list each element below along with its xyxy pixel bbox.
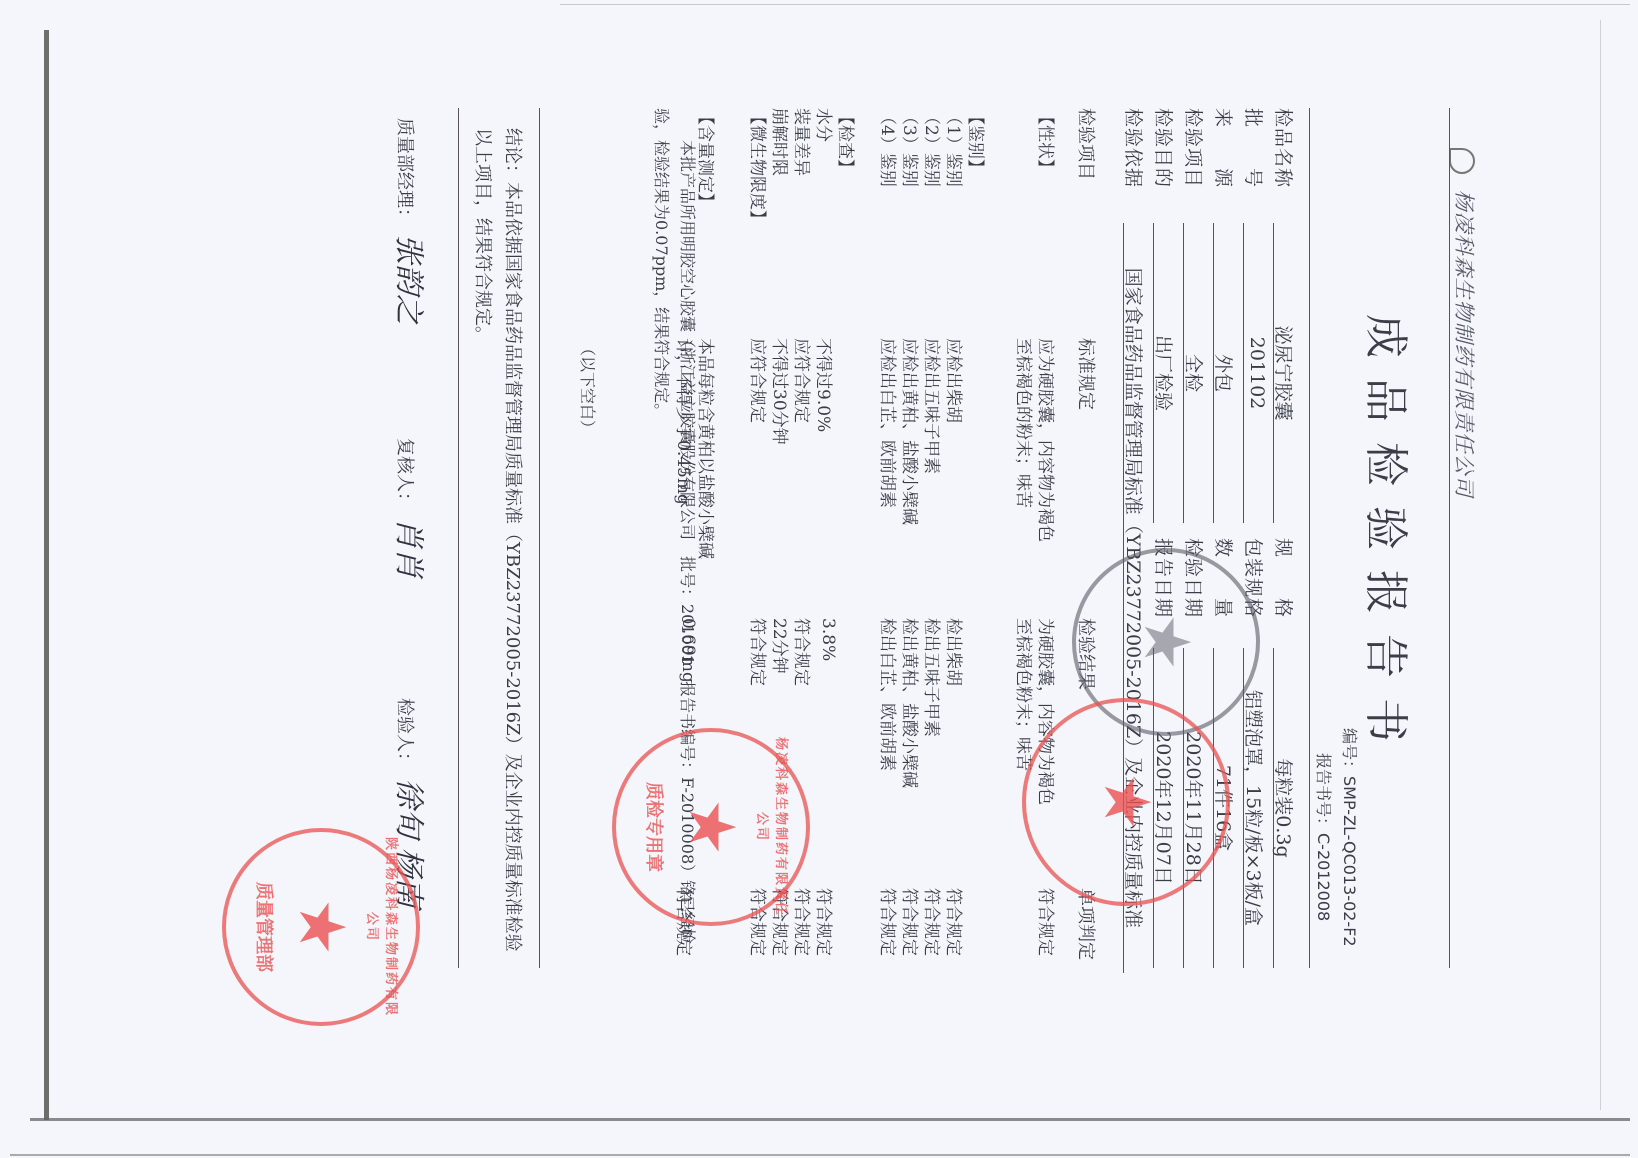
scan-left-edge <box>44 30 49 1120</box>
source-value: 外包 <box>1213 223 1238 523</box>
seal-star-icon: ★ <box>1094 773 1158 830</box>
row-verdict: 符合规定 <box>1035 888 1060 968</box>
row-standard: 不得过9.0% <box>813 338 838 638</box>
scan-right-edge <box>1600 20 1601 1110</box>
row-item: 【鉴别】 <box>965 108 990 338</box>
qa-seal-bottom-text: 质检专用章 <box>642 732 668 922</box>
row-result: 检出柴胡 <box>943 618 968 888</box>
header-item: 检验项目 <box>1074 108 1100 338</box>
row-result: 检出五味子甲素 <box>921 618 946 888</box>
seal-star-icon: ★ <box>289 898 353 955</box>
company-name: 杨凌科森生物制药有限责任公司 <box>1452 190 1476 498</box>
row-item: 装量差异 <box>791 108 816 338</box>
reviewer-signature: 复核人：肖肖 <box>390 438 434 578</box>
row-standard: 应符合规定 <box>791 338 816 638</box>
manager-sig: 张韵之 <box>391 234 426 324</box>
table-row: 【检查】 <box>838 108 860 968</box>
spec-value: 每粒装0.3g <box>1273 648 1298 968</box>
manager-label: 质量部经理： <box>394 118 415 226</box>
reviewer-label: 复核人： <box>394 438 415 510</box>
row-item: （4）鉴别 <box>877 108 902 338</box>
inspection-report-page: 杨凌科森生物制药有限责任公司 成品检验报告书 编号：SMP-ZL-QC013-0… <box>140 108 1480 988</box>
row-standard: 不得过30分钟 <box>769 338 794 638</box>
manager-signature: 质量部经理：张韵之 <box>390 118 434 324</box>
table-row: 水分不得过9.0%3.8%符合规定 <box>816 108 838 968</box>
batch-value: 201102 <box>1243 223 1268 523</box>
purpose-value: 出厂检验 <box>1153 223 1178 523</box>
seal-star-icon: ★ <box>679 798 743 855</box>
row-result: 检出白芷、欧前胡素 <box>877 618 902 888</box>
qa-seal-top-text: 杨凌科森生物制药有限责任公司 <box>754 732 792 922</box>
row-item: 【检查】 <box>835 108 860 338</box>
scan-top-edge <box>560 4 1630 5</box>
row-item: 崩解时限 <box>769 108 794 338</box>
inspector-label: 检验人： <box>394 698 415 770</box>
red-seal-top: ★ <box>1022 698 1230 906</box>
document-title: 成品检验报告书 <box>1358 108 1422 968</box>
conclusion-box: 结论：本品依据国家食品药品监督管理局质量标准（YBZ23772005-2016Z… <box>458 108 540 968</box>
conclusion-text: 结论：本品依据国家食品药品监督管理局质量标准（YBZ23772005-2016Z… <box>467 128 527 968</box>
row-verdict: 符合规定 <box>943 888 968 968</box>
batch-label: 批 号 <box>1241 108 1268 208</box>
row-verdict: 符合规定 <box>899 888 924 968</box>
qm-seal-bottom-text: 质量管理部 <box>252 832 278 1022</box>
row-verdict: 符合规定 <box>877 888 902 968</box>
report-number: 报告书号：C-2012008 <box>1313 753 1336 921</box>
row-result: 3.8% <box>818 618 838 888</box>
title-divider <box>1309 108 1310 968</box>
items-label: 检验项目 <box>1181 108 1208 208</box>
table-row: （3）鉴别应检出黄柏、盐酸小檗碱检出黄柏、盐酸小檗碱符合规定 <box>902 108 924 968</box>
row-standard: 应检出五味子甲素 <box>921 338 946 638</box>
spec-label: 规 格 <box>1271 538 1298 638</box>
row-verdict: 符合规定 <box>921 888 946 968</box>
document-code: 编号：SMP-ZL-QC013-02-F2 <box>1339 728 1362 947</box>
row-verdict: 符合规定 <box>791 888 816 968</box>
items-value: 全检 <box>1183 223 1208 523</box>
row-standard: 应检出黄柏、盐酸小檗碱 <box>899 338 924 638</box>
row-item: （1）鉴别 <box>943 108 968 338</box>
scan-bottom-edge <box>30 1118 1630 1121</box>
purpose-label: 检验目的 <box>1151 108 1178 208</box>
company-logo-icon <box>1450 148 1476 174</box>
package-value: 铝塑泡罩，15粒/板×3板/盒 <box>1243 648 1268 968</box>
qa-seal: 杨凌科森生物制药有限责任公司 ★ 质检专用章 <box>612 728 810 926</box>
product-name-label: 检品名称 <box>1271 108 1298 208</box>
table-row: （4）鉴别应检出白芷、欧前胡素检出白芷、欧前胡素符合规定 <box>880 108 902 968</box>
table-row: （2）鉴别应检出五味子甲素检出五味子甲素符合规定 <box>924 108 946 968</box>
row-standard: 应检出柴胡 <box>943 338 968 638</box>
row-standard: 应符合规定 <box>747 338 772 638</box>
header-divider <box>1449 108 1450 968</box>
row-verdict: 符合规定 <box>813 888 838 968</box>
scan-bottom-edge-2 <box>10 1154 1630 1156</box>
row-item: 【微生物限度】 <box>747 108 772 338</box>
row-item: 水分 <box>813 108 838 338</box>
blank-marker: （以下空白） <box>577 108 600 668</box>
table-row: 【鉴别】 <box>968 108 990 968</box>
row-standard: 至棕褐色的粉末；味苦 <box>1013 338 1038 638</box>
reviewer-sig: 肖肖 <box>391 518 426 578</box>
company-header: 杨凌科森生物制药有限责任公司 <box>1450 148 1481 498</box>
product-name-value: 泌尿宁胶囊 <box>1273 223 1298 523</box>
source-label: 来 源 <box>1211 108 1238 208</box>
row-standard: 应检出白芷、欧前胡素 <box>877 338 902 638</box>
row-item: （3）鉴别 <box>899 108 924 338</box>
row-result: 检出黄柏、盐酸小檗碱 <box>899 618 924 888</box>
row-standard: 应为硬胶囊，内容物为褐色 <box>1035 338 1060 638</box>
table-row: （1）鉴别应检出柴胡检出柴胡符合规定 <box>946 108 968 968</box>
row-item: 【性状】 <box>1035 108 1060 338</box>
row-item: （2）鉴别 <box>921 108 946 338</box>
basis-label: 检验依据 <box>1121 108 1148 208</box>
seal-star-icon: ★ <box>1134 613 1198 670</box>
qm-seal: 陕西杨凌科森生物制药有限公司 ★ 质量管理部 <box>222 828 420 1026</box>
qm-seal-top-text: 陕西杨凌科森生物制药有限公司 <box>364 832 402 1022</box>
